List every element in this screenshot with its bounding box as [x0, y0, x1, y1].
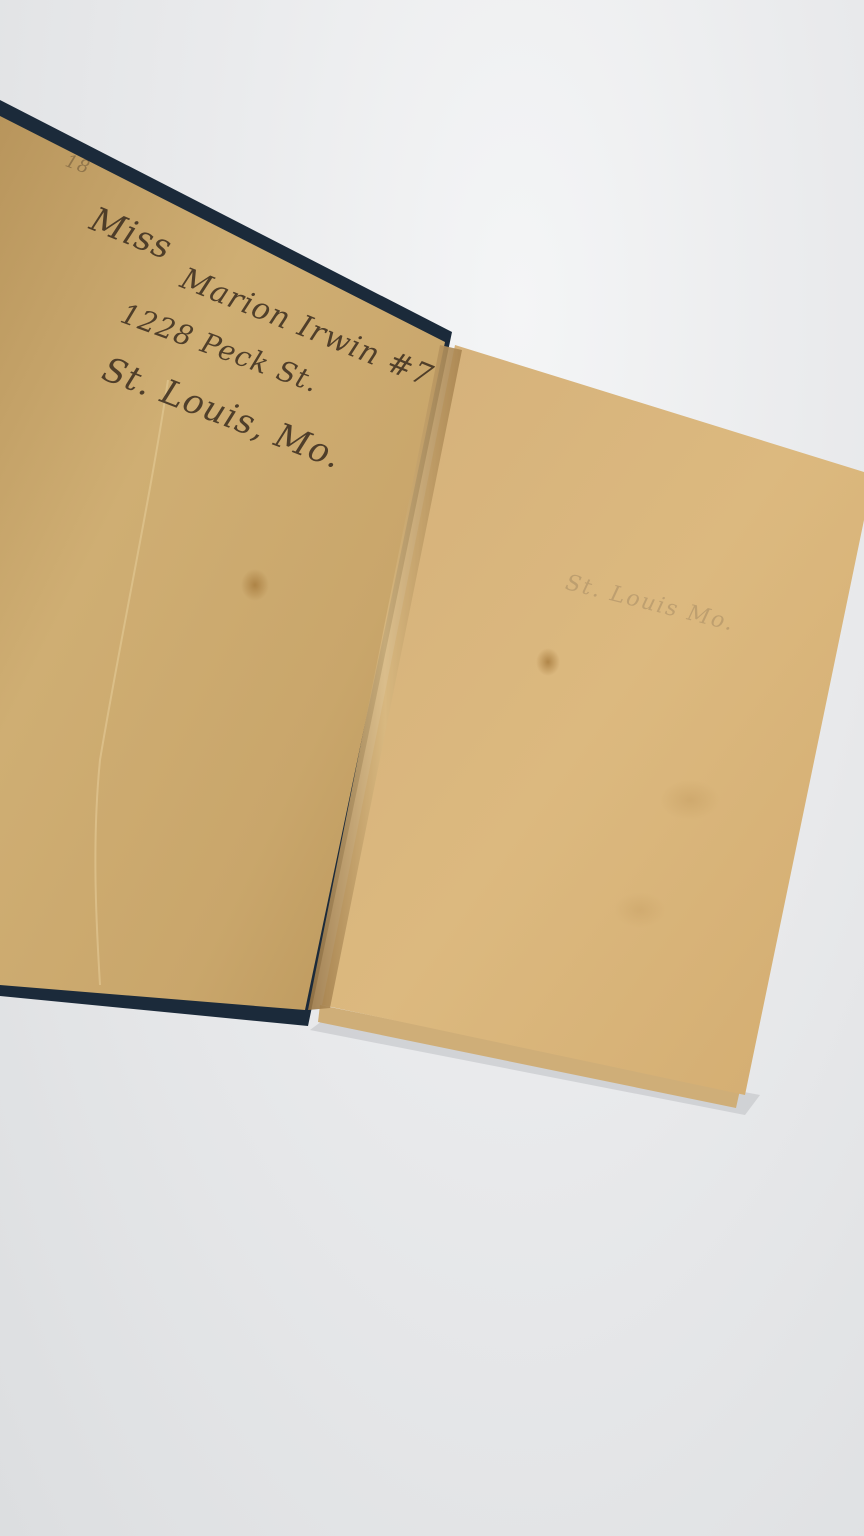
photo-scene: 18 Miss Marion Irwin #7 1228 Peck St. St… — [0, 0, 864, 1536]
